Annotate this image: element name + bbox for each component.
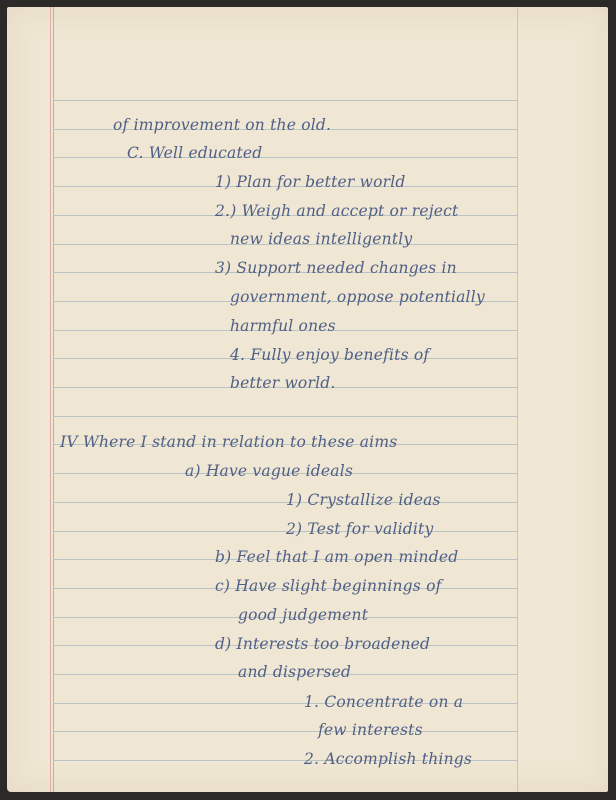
list-item: 3) Support needed changes in [215, 261, 457, 277]
list-item: d) Interests too broadened [215, 637, 430, 653]
list-item-continuation: few interests [318, 723, 423, 739]
list-item: 1) Crystallize ideas [286, 493, 441, 509]
ruled-line [53, 416, 517, 417]
ruled-line [53, 502, 517, 503]
text-line: of improvement on the old. [113, 118, 331, 134]
ruled-line [53, 531, 517, 532]
list-item-continuation: government, oppose potentially [230, 290, 485, 306]
left-margin-red-line [50, 7, 51, 792]
ruled-line [53, 731, 517, 732]
list-item-continuation: good judgement [238, 608, 368, 624]
list-item: a) Have vague ideals [185, 464, 353, 480]
list-item: c) Have slight beginnings of [215, 579, 442, 595]
notebook-page: of improvement on the old. C. Well educa… [7, 7, 608, 792]
list-item-continuation: new ideas intelligently [230, 232, 412, 248]
right-margin-red-line [517, 7, 518, 792]
heading-c-well-educated: C. Well educated [127, 146, 262, 162]
list-item: 2. Accomplish things [304, 752, 472, 768]
list-item: 4. Fully enjoy benefits of [230, 348, 429, 364]
list-item: 1. Concentrate on a [304, 695, 463, 711]
list-item: 2.) Weigh and accept or reject [215, 204, 458, 220]
list-item: b) Feel that I am open minded [215, 550, 458, 566]
ruled-line [53, 157, 517, 158]
list-item-continuation: and dispersed [238, 665, 351, 681]
list-item-continuation: better world. [230, 376, 335, 392]
list-item-continuation: harmful ones [230, 319, 336, 335]
list-item: 2) Test for validity [286, 522, 433, 538]
heading-section-iv: IV Where I stand in relation to these ai… [60, 435, 397, 451]
ruled-line [53, 100, 517, 101]
list-item: 1) Plan for better world [215, 175, 406, 191]
